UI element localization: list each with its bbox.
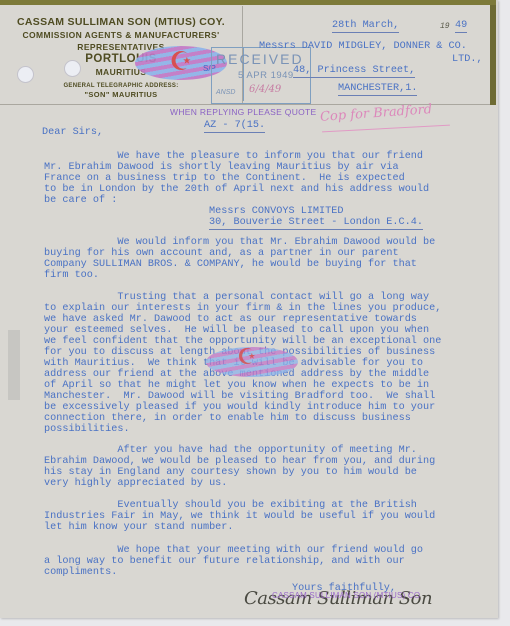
recipient-line-3: 48, Princess Street, xyxy=(293,66,415,78)
salutation: Dear Sirs, xyxy=(42,128,103,139)
company-description: COMMISSION AGENTS & MANUFACTURERS' xyxy=(0,30,242,40)
letter-date: 28th March, xyxy=(332,21,399,33)
letter-year: 49 xyxy=(455,21,467,33)
punch-hole-icon xyxy=(64,60,81,77)
top-border xyxy=(0,0,496,5)
side-margin-mark xyxy=(8,330,20,400)
crescent-logo-icon: ☪ xyxy=(237,345,257,370)
received-stamp-ansd-value: 6/4/49 xyxy=(249,84,281,95)
signature-stamp: CASSAM SULLIMAN SON (MTIUS) CO xyxy=(272,591,420,600)
reference-number: AZ - 7(15. xyxy=(204,121,265,133)
letter-sheet: CASSAM SULLIMAN SON (MTIUS) COY. COMMISS… xyxy=(0,0,498,618)
telegraphic-label: GENERAL TELEGRAPHIC ADDRESS: xyxy=(0,83,242,89)
telegraphic-address: "SON" MAURITIUS xyxy=(0,90,242,99)
care-of-line-1: Messrs CONVOYS LIMITED xyxy=(209,207,344,218)
care-of-line-2: 30, Bouverie Street - London E.C.4. xyxy=(209,218,423,230)
handwritten-note: Cop for Bradford xyxy=(320,102,433,125)
punch-hole-icon xyxy=(17,66,34,83)
received-stamp-ansd-label: ANSD xyxy=(216,89,235,96)
recipient-line-1: Messrs DAVID MIDGLEY, DONNER & CO. xyxy=(259,42,467,53)
reply-quote-label: WHEN REPLYING PLEASE QUOTE xyxy=(170,107,317,117)
company-name: CASSAM SULLIMAN SON (MTIUS) COY. xyxy=(0,16,242,28)
received-stamp-title: RECEIVED xyxy=(216,51,304,67)
received-stamp-date: 5 APR 1949 xyxy=(238,70,294,81)
handwritten-underline xyxy=(322,125,450,133)
recipient-line-4: MANCHESTER,1. xyxy=(338,84,417,96)
recipient-line-2: LTD., xyxy=(452,55,483,66)
year-prefix: 19 xyxy=(440,22,450,33)
right-border xyxy=(490,5,496,105)
crescent-logo-icon: ☪ xyxy=(166,45,196,79)
